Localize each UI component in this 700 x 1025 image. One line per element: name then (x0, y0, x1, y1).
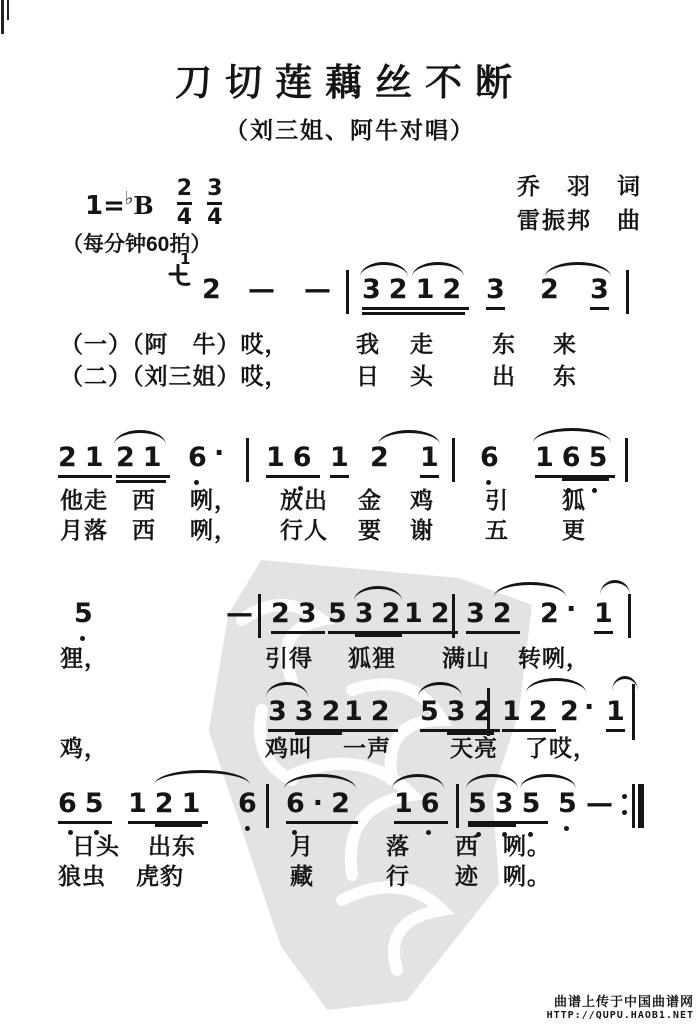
lyric-word: 了哎， (525, 730, 597, 763)
lyric-word: 行人 (280, 512, 328, 545)
lyric-word: 西 (132, 512, 156, 545)
barline (456, 784, 459, 828)
slur (526, 678, 586, 693)
note-group: 535 (468, 788, 548, 824)
slur (412, 262, 464, 277)
slur (114, 430, 166, 445)
lyric-row-5: 狸， 引得 狐狸 满山 转咧， (0, 640, 700, 672)
note-group: 3212 (362, 274, 469, 310)
lyric-word: 咧。 (503, 858, 551, 891)
note: 2 (202, 274, 221, 305)
barline (246, 438, 249, 482)
duration-dash: — (586, 788, 613, 819)
lyric-word: 月 (290, 828, 314, 861)
barline (487, 688, 490, 736)
composer-credit: 雷振邦 曲 (517, 202, 642, 235)
note-group: 16 (266, 442, 320, 478)
lyricist-credit: 乔 羽 词 (517, 168, 642, 201)
duration-dash: — (304, 274, 331, 305)
lyric-word: 咧。 (503, 828, 551, 861)
key-letter: B (133, 191, 153, 220)
note: 5 (420, 696, 447, 727)
lyric-row-6: 鸡， 鸡叫 一声 天亮 了哎， (0, 730, 700, 762)
lyric-word: 东 (553, 358, 577, 391)
note: 3 (486, 274, 505, 310)
note: 1 (535, 442, 562, 473)
note: 5 (558, 788, 577, 819)
lyric-word: 引 (485, 482, 509, 515)
key-tonic: 1 (85, 191, 103, 221)
lyric-word: 西 (455, 828, 479, 861)
meter-denominator: 4 (177, 207, 192, 229)
lyric-row-3: 他走 西 咧， 放出 金 鸡 引 狐 (0, 482, 700, 514)
slur (545, 262, 611, 277)
meter-denominator: 4 (207, 207, 222, 229)
barline (266, 784, 269, 828)
note: 1 (420, 442, 439, 478)
site-watermark-footer: 曲谱上传于中国曲谱网 HTTP://QUPU.HAOB1.NET (547, 991, 694, 1021)
lyric-word: 藏 (290, 858, 314, 891)
lyric-word: 要 (358, 512, 382, 545)
music-line-3: 5 — 23 532 12 32 2 · 1 (0, 586, 700, 648)
lyric-word: 鸡 (410, 482, 434, 515)
duration-dash: — (248, 274, 275, 305)
lyric-word: 鸡叫 (265, 730, 313, 763)
note: 32 (447, 696, 501, 727)
note: 53 (468, 788, 522, 819)
note: 2 (370, 442, 389, 473)
song-title: 刀切莲藕丝不断 (0, 52, 700, 106)
lyric-word: 落 (386, 828, 410, 861)
lyric-word: 狼虫 (58, 858, 106, 891)
lyric-word: 日 (356, 358, 380, 391)
note: 1 (594, 598, 613, 634)
dot-of-prolongation: · (584, 692, 594, 723)
note: 32 (355, 598, 409, 629)
note: 21 (155, 788, 209, 819)
music-line-1: 1 2 — — 3212 3 2 3 (0, 262, 700, 324)
note-group: 332 (268, 696, 348, 732)
lyric-word: 狐 (562, 482, 586, 515)
note: 5 (74, 598, 93, 629)
lyric-row-1: （一）（阿 牛）哎， 我 走 东 来 (0, 326, 700, 358)
lyric-word: 我 (356, 326, 380, 359)
note: 3 (590, 274, 609, 310)
dot-of-prolongation: · (566, 594, 576, 625)
slur (354, 586, 402, 601)
note: 6 (480, 442, 499, 473)
lyric-word: 咧， (190, 482, 238, 515)
slur (392, 774, 444, 789)
tie (600, 580, 630, 595)
verse-label: （二）（刘三姐）哎， (60, 358, 289, 391)
lyric-word: 放出 (280, 482, 328, 515)
slur (520, 774, 576, 789)
barline (628, 594, 631, 638)
meter-numerator: 3 (207, 178, 222, 200)
site-url: HTTP://QUPU.HAOB1.NET (547, 1010, 694, 1021)
repeat-dot (622, 794, 627, 799)
lyric-word: 咧， (190, 512, 238, 545)
repeat-dot (622, 810, 627, 815)
note: 6 (238, 788, 257, 819)
note: 6 (286, 788, 313, 819)
duration-dash: — (226, 598, 253, 629)
barline (258, 594, 261, 638)
barline (346, 270, 349, 314)
note: 5 (522, 788, 549, 819)
note: 2 (331, 788, 358, 819)
slur (418, 682, 462, 697)
time-signature-2: 3 4 (207, 178, 222, 229)
lyric-word: 他走 (60, 482, 108, 515)
note: 1 (606, 696, 625, 732)
slur (266, 682, 308, 697)
barline (625, 438, 628, 482)
note-group: 532 (328, 598, 408, 634)
lyric-word: 迹 (455, 858, 479, 891)
scan-artifact (1, 0, 4, 34)
slur (360, 262, 408, 277)
lyric-word: 月落 (60, 512, 108, 545)
note: 1 (128, 788, 155, 819)
song-subtitle: （刘三姐、阿牛对唱） (0, 112, 700, 145)
lyric-word: 金 (358, 482, 382, 515)
note: 3 (268, 696, 295, 727)
barline (452, 594, 455, 638)
lyric-word: 出 (492, 358, 516, 391)
lyric-word: 日头 (72, 828, 120, 861)
lyric-word: 西 (132, 482, 156, 515)
note-group: 21 (58, 442, 112, 478)
slur (533, 428, 611, 443)
lyric-word: 来 (553, 326, 577, 359)
lyric-word: 引得 (265, 640, 313, 673)
dot-of-prolongation: · (214, 438, 224, 469)
lyric-word: 五 (485, 512, 509, 545)
note-group: 121 (128, 788, 208, 824)
grace-hook-icon (168, 264, 194, 290)
lyric-word: 谢 (410, 512, 434, 545)
note: 2 (540, 274, 559, 305)
lyric-row-7: 日头 出东 月 落 西 咧。 (0, 828, 700, 860)
lyric-word: 天亮 (450, 730, 498, 763)
slur (378, 430, 440, 445)
note-group: 12 (344, 696, 398, 732)
thin-barline (632, 784, 635, 828)
lyric-word: 转咧， (518, 640, 590, 673)
lyric-row-2: （二）（刘三姐）哎， 日 头 出 东 (0, 358, 700, 390)
note: 1 (330, 442, 349, 478)
lyric-word: 虎豹 (136, 858, 184, 891)
lyric-word: 出东 (148, 828, 196, 861)
slur (284, 774, 356, 789)
note: 2 (540, 598, 559, 629)
note-group: 23 (271, 598, 325, 634)
note-group: 65 (58, 788, 112, 824)
key-signature: 1=♭B 2 4 3 4 (85, 178, 222, 229)
meter-numerator: 2 (177, 178, 192, 200)
site-name: 曲谱上传于中国曲谱网 (547, 991, 694, 1010)
lyric-word: 东 (492, 326, 516, 359)
lyric-word: 更 (562, 512, 586, 545)
lyric-word: 一声 (343, 730, 391, 763)
slur (494, 582, 566, 597)
lyric-word: 行 (386, 858, 410, 891)
note-group: 32 (466, 598, 520, 634)
note: 2 (560, 696, 579, 727)
lyric-word: 头 (410, 358, 434, 391)
lyric-word: 狐狸 (348, 640, 396, 673)
scan-artifact (7, 0, 9, 20)
note: 5 (328, 598, 355, 629)
lyric-word: 鸡， (60, 730, 108, 763)
note-group: 6·2 (286, 788, 358, 824)
note-group: 21 (116, 442, 170, 478)
lyric-word: 满山 (442, 640, 490, 673)
dot-of-prolongation: · (313, 788, 331, 819)
lyric-row-8: 狼虫 虎豹 藏 行 迹 咧。 (0, 858, 700, 890)
note-group: 12 (404, 598, 458, 634)
note: 65 (562, 442, 616, 473)
note-group: 12 (502, 696, 556, 732)
barline (452, 438, 455, 482)
sheet-music-page: 刀切莲藕丝不断 （刘三姐、阿牛对唱） 1=♭B 2 4 3 4 （每分钟60拍）… (0, 0, 700, 1025)
lyric-word: 走 (410, 326, 434, 359)
verse-label: （一）（阿 牛）哎， (60, 326, 289, 359)
note-group: 16 (394, 788, 448, 824)
note: 6 (188, 442, 207, 473)
note: 32 (295, 696, 349, 727)
lyric-row-4: 月落 西 咧， 行人 要 谢 五 更 (0, 512, 700, 544)
slur (466, 774, 518, 789)
thick-barline (638, 784, 644, 828)
barline (626, 270, 629, 314)
equals-sign: = (103, 191, 125, 221)
time-signature-1: 2 4 (177, 178, 192, 229)
note-group: 165 (535, 442, 615, 478)
lyric-word: 狸， (60, 640, 108, 673)
